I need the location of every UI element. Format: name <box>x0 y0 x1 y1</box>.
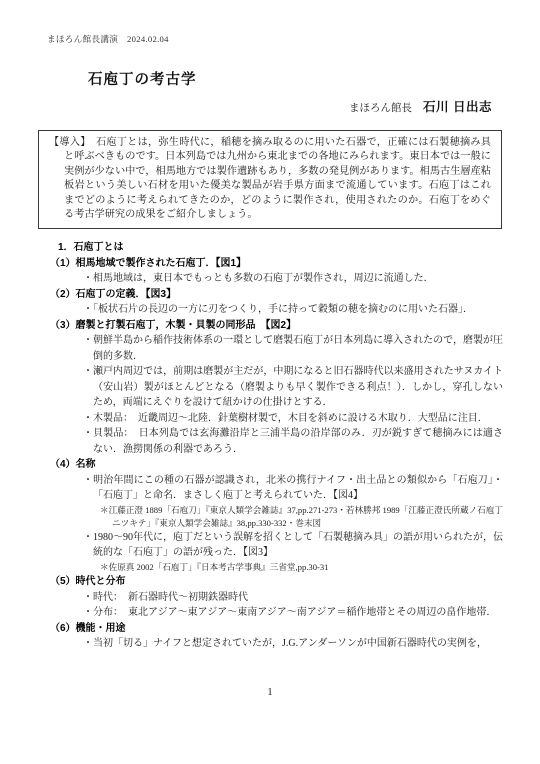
outline-item-bullet: ・朝鮮半島から稲作技術体系の一環として磨製石庖丁が日本列島に導入されたので，磨製… <box>83 333 503 364</box>
outline-item-bullet: ・貝製品： 日本列島では玄海灘沿岸と三浦半島の沿岸部のみ．刃が鋭すぎて穂摘みには… <box>83 426 503 457</box>
header-note: まほろん館長講演 2024.02.04 <box>47 33 169 45</box>
author-line: まほろん館長石川 日出志 <box>349 97 492 116</box>
outline-item-h2: （3）磨製と打製石庖丁，木製・貝製の同形品 【図2】 <box>50 318 503 334</box>
outline-item-bullet: ・瀬戸内周辺では，前期は磨製が主だが，中期になると旧石器時代以来盛用されたサヌカ… <box>83 364 503 411</box>
outline-item-bullet: ・「板状石片の長辺の一方に刃をつくり，手に持って穀類の穂を摘むのに用いた石器」． <box>83 302 503 318</box>
outline-item-h2: （2）石庖丁の定義．【図3】 <box>50 287 503 303</box>
outline-item-h2: （4）名称 <box>50 457 503 473</box>
page-number: 1 <box>0 687 540 698</box>
intro-box: 【導入】 石庖丁とは，弥生時代に，稲穂を摘み取るのに用いた石器で，正確には石製穂… <box>38 130 502 229</box>
outline-item-h2: （5）時代と分布 <box>50 574 503 590</box>
outline-item-bullet: ・木製品： 近畿周辺～北陸．針葉樹材製で，木目を斜めに設ける木取り．大型品に注目… <box>83 411 503 427</box>
outline-item-h2: （1）相馬地域で製作された石庖丁．【図1】 <box>50 256 503 272</box>
intro-label: 【導入】 <box>49 137 96 148</box>
outline-item-h1: 1．石庖丁とは <box>58 240 503 256</box>
intro-paragraph: 【導入】 石庖丁とは，弥生時代に，稲穂を摘み取るのに用いた石器で，正確には石製穂… <box>49 136 491 222</box>
outline-item-bullet: ・相馬地域は，東日本でもっとも多数の石庖丁が製作され，周辺に流通した． <box>83 271 503 287</box>
outline-item-ref: ＊佐原真 2002「石庖丁」『日本考古学事典』三省堂,pp.30-31 <box>100 561 503 574</box>
page-title: 石庖丁の考古学 <box>88 68 197 89</box>
outline-item-bullet: ・1980～90年代に，庖丁だという誤解を招くとして「石製穂摘み具」の語が用いら… <box>83 530 503 561</box>
outline-item-bullet: ・分布： 東北アジア～東アジア～東南アジア～南アジア＝稲作地帯とその周辺の畠作地… <box>83 605 503 621</box>
outline-item-ref: ＊江藤正澄 1889「石庖刀」『東京人類学会雑誌』37,pp.271-273・若… <box>100 504 503 530</box>
intro-body-text: 石庖丁とは，弥生時代に，稲穂を摘み取るのに用いた石器で，正確には石製穂摘み具と呼… <box>64 137 491 220</box>
outline-item-bullet: ・当初「切る」ナイフと想定されていたが，J.G.アンダーソンが中国新石器時代の実… <box>83 636 503 652</box>
outline: 1．石庖丁とは（1）相馬地域で製作された石庖丁．【図1】・相馬地域は，東日本でも… <box>50 240 503 652</box>
outline-item-bullet: ・時代： 新石器時代～初期鉄器時代 <box>83 590 503 606</box>
outline-item-h2: （6）機能・用途 <box>50 621 503 637</box>
outline-item-bullet: ・明治年間にこの種の石器が認識され，北米の携行ナイフ・出土品との類似から「石庖刀… <box>83 473 503 504</box>
document-page: まほろん館長講演 2024.02.04 石庖丁の考古学 まほろん館長石川 日出志… <box>0 0 540 764</box>
author-name: 石川 日出志 <box>423 100 492 114</box>
author-role: まほろん館長 <box>349 103 412 114</box>
